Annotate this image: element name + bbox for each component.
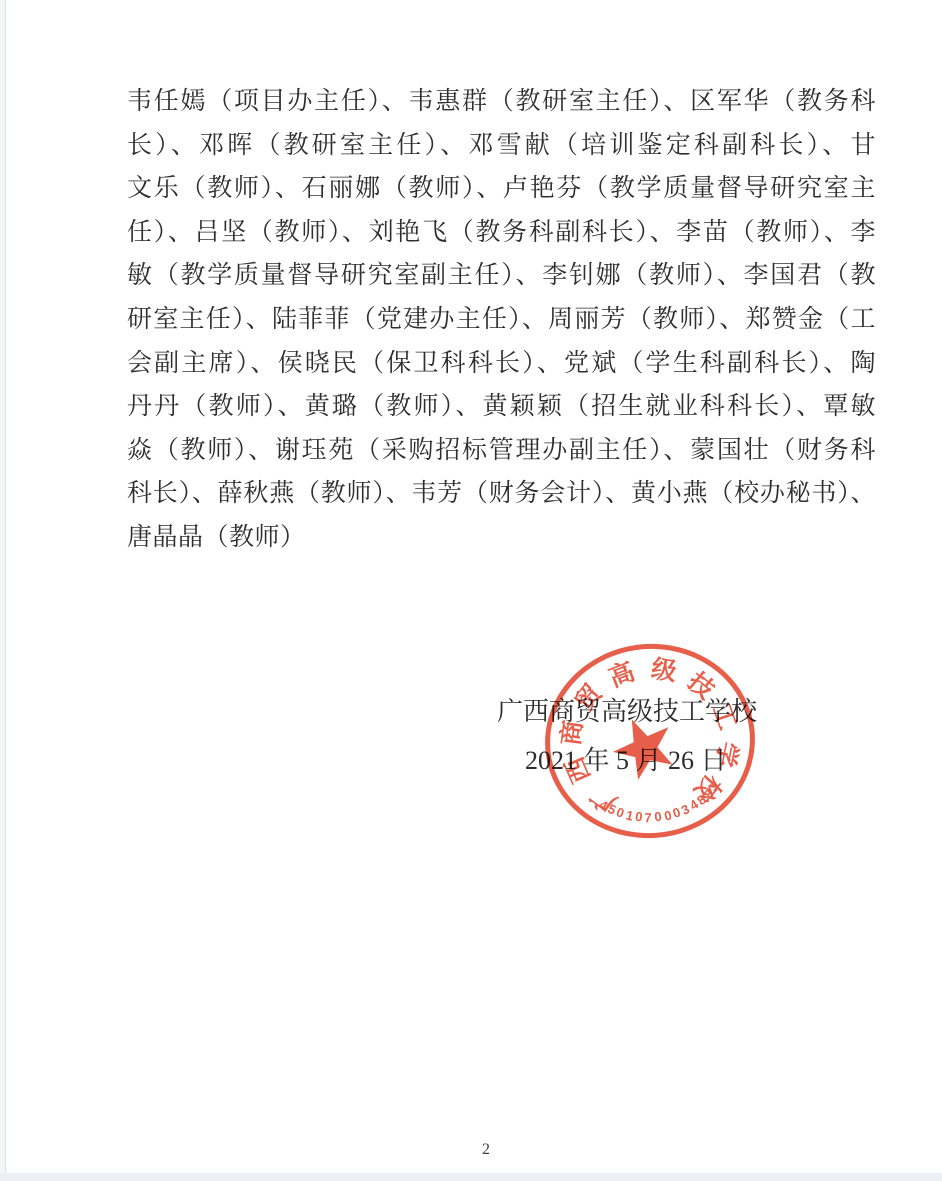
seal-code-digit: 0: [635, 810, 644, 824]
seal-code: 4501070003488: [535, 634, 744, 656]
seal-code-digit: 5: [606, 802, 618, 817]
scan-edge-left-line: [5, 0, 6, 1181]
seal-code-digit: 0: [615, 805, 626, 820]
seal-arc-char: 级: [649, 657, 678, 686]
body-text-line: 任）、吕坚（教师）、刘艳飞（教务科副科长）、李苗（教师）、李: [127, 211, 876, 255]
body-text-line: 韦任嫣（项目办主任）、韦惠群（教研室主任）、区军华（教务科: [127, 80, 876, 124]
seal-ring: [535, 634, 764, 849]
seal-arc-char: 高: [606, 660, 638, 692]
seal-code-digit: 0: [671, 805, 682, 820]
body-text-line: 研室主任）、陆菲菲（党建办主任）、周丽芳（教师）、郑赞金（工: [127, 298, 876, 342]
seal-arc-char: 广: [586, 781, 621, 816]
seal-code-digit: 7: [645, 811, 652, 824]
body-text-line: 文乐（教师）、石丽娜（教师）、卢艳芬（教学质量督导研究室主: [127, 167, 876, 211]
seal-code-digit: 3: [679, 802, 691, 817]
document-page: 韦任嫣（项目办主任）、韦惠群（教研室主任）、区军华（教务科长）、邓晖（教研室主任…: [0, 0, 942, 1181]
seal-arc-text: 广西商贸高级技工学校: [535, 634, 744, 656]
body-text-line: 会副主席）、侯晓民（保卫科科长）、党斌（学生科副科长）、陶: [127, 342, 876, 386]
seal-code-digit: 4: [597, 798, 610, 813]
body-text-line: 敏（教学质量督导研究室副主任）、李钊娜（教师）、李国君（教: [127, 254, 876, 298]
body-text-line: 焱（教师）、谢珏苑（采购招标管理办副主任）、蒙国壮（财务科: [127, 429, 876, 473]
seal-code-digit: 1: [625, 808, 635, 822]
signature-date: 2021 年 5 月 26 日: [525, 746, 727, 776]
seal-code-digit: 0: [654, 810, 663, 824]
body-text-line: 科长）、薛秋燕（教师）、韦芳（财务会计）、黄小燕（校办秘书）、: [127, 472, 876, 516]
name-list-paragraph: 韦任嫣（项目办主任）、韦惠群（教研室主任）、区军华（教务科长）、邓晖（教研室主任…: [127, 80, 876, 560]
seal-code-digit: 8: [702, 787, 716, 801]
scan-edge-bottom-strip: [0, 1173, 942, 1181]
body-text-line: 丹丹（教师）、黄璐（教师）、黄颖颖（招生就业科科长）、覃敏: [127, 385, 876, 429]
seal-code-digit: 8: [695, 793, 709, 808]
signature-org-name: 广西商贸高级技工学校: [497, 697, 757, 727]
seal-code-digit: 0: [662, 808, 672, 822]
seal-code-digit: 4: [687, 798, 700, 813]
body-text-line: 长）、邓晖（教研室主任）、邓雪献（培训鉴定科副科长）、甘: [127, 124, 876, 168]
page-number: 2: [478, 1141, 494, 1159]
official-seal: 广西商贸高级技工学校 4501070003488: [535, 634, 764, 849]
body-text-line: 唐晶晶（教师）: [127, 516, 876, 560]
